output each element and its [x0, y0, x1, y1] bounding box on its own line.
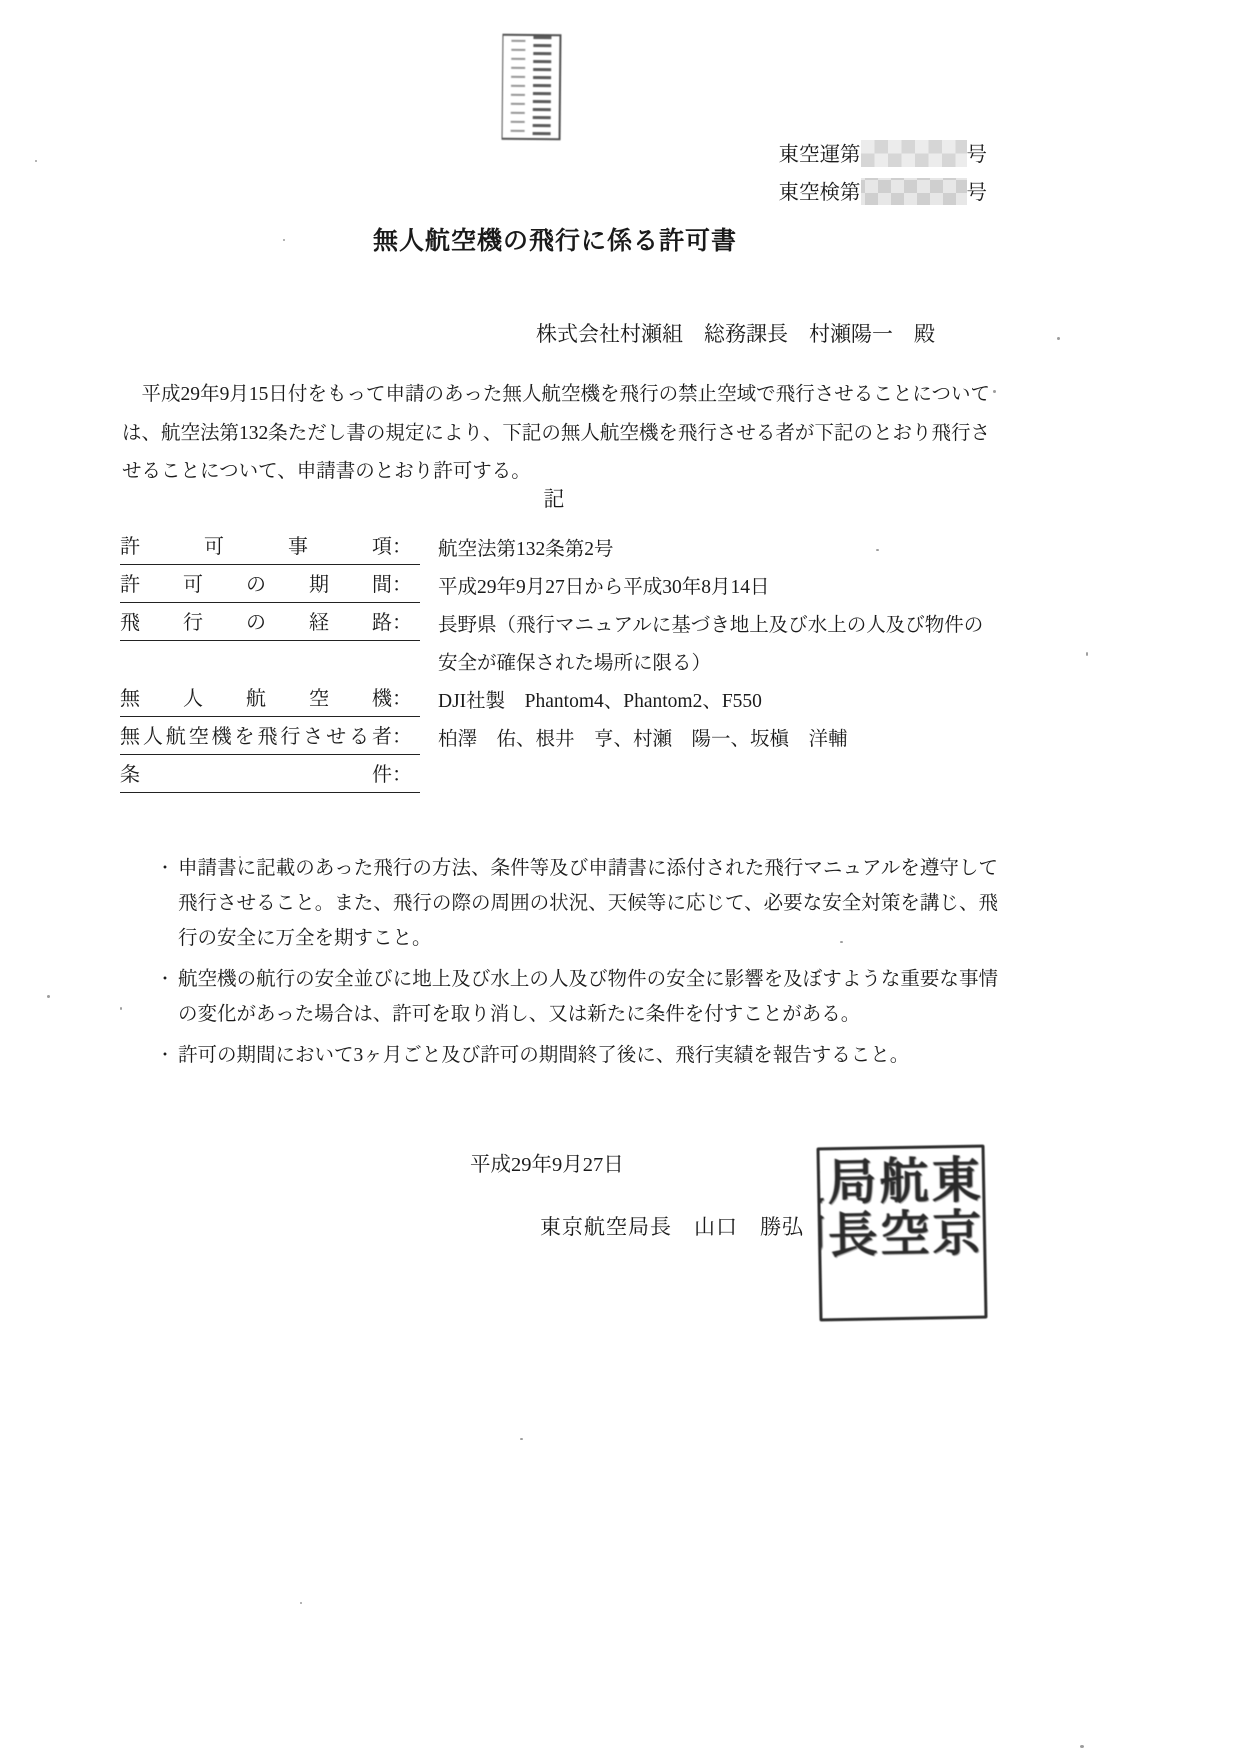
document-numbers: 東空運第号 東空検第号	[779, 136, 988, 212]
condition-item: ・申請書に記載のあった飛行の方法、条件等及び申請書に添付された飛行マニュアルを遵…	[155, 851, 998, 956]
redaction-mosaic-icon	[861, 178, 967, 205]
conditions-list: ・申請書に記載のあった飛行の方法、条件等及び申請書に添付された飛行マニュアルを遵…	[155, 851, 998, 1079]
doc-number-1-prefix: 東空運第	[779, 144, 861, 166]
detail-row-permitted-matter: 許可事項： 航空法第132条第2号	[120, 531, 990, 569]
detail-row-conditions: 条件：	[120, 759, 990, 797]
intro-paragraph: 平成29年9月15日付をもって申請のあった無人航空機を飛行の禁止空域で飛行させる…	[122, 376, 990, 492]
detail-label: 許可事項：	[120, 531, 420, 565]
detail-row-permit-period: 許可の期間： 平成29年9月27日から平成30年8月14日	[120, 569, 990, 607]
detail-label: 無人航空機：	[120, 683, 420, 717]
doc-number-2-prefix: 東空検第	[779, 182, 861, 204]
bullet-icon: ・	[157, 962, 173, 997]
detail-value: 柏澤 佑、根井 亨、村瀬 陽一、坂槇 洋輔	[438, 721, 986, 759]
condition-item: ・許可の期間において3ヶ月ごと及び許可の期間終了後に、飛行実績を報告すること。	[155, 1038, 998, 1073]
issuer-signature: 東京航空局長 山口 勝弘	[540, 1211, 804, 1241]
doc-number-line-1: 東空運第号	[779, 136, 988, 174]
detail-value: 平成29年9月27日から平成30年8月14日	[438, 569, 986, 607]
page-title: 無人航空機の飛行に係る許可書	[120, 221, 990, 257]
detail-label: 無人航空機を飛行させる者：	[120, 721, 420, 755]
detail-label: 許可の期間：	[120, 569, 420, 603]
official-seal-text: 東京航空局長之印	[824, 1154, 981, 1313]
issue-date: 平成29年9月27日	[470, 1147, 624, 1177]
detail-row-flight-route: 飛行の経路： 長野県（飛行マニュアルに基づき地上及び水上の人及び物件の安全が確保…	[120, 607, 990, 683]
detail-row-operators: 無人航空機を飛行させる者： 柏澤 佑、根井 亨、村瀬 陽一、坂槇 洋輔	[120, 721, 990, 759]
doc-number-2-suffix: 号	[967, 182, 988, 204]
official-seal-stamp-icon: 東京航空局長之印	[816, 1145, 987, 1322]
doc-number-line-2: 東空検第号	[779, 174, 988, 212]
bullet-icon: ・	[157, 851, 173, 886]
addressee: 株式会社村瀬組 総務課長 村瀬陽一 殿	[120, 318, 990, 348]
detail-label: 飛行の経路：	[120, 607, 420, 641]
detail-row-uav: 無人航空機： DJI社製 Phantom4、Phantom2、F550	[120, 683, 990, 721]
detail-label: 条件：	[120, 759, 420, 793]
condition-item: ・航空機の航行の安全並びに地上及び水上の人及び物件の安全に影響を及ぼすような重要…	[155, 962, 998, 1032]
detail-value: 長野県（飛行マニュアルに基づき地上及び水上の人及び物件の安全が確保された場所に限…	[438, 607, 986, 683]
detail-value: DJI社製 Phantom4、Phantom2、F550	[438, 683, 986, 721]
condition-text: 航空機の航行の安全並びに地上及び水上の人及び物件の安全に影響を及ぼすような重要な…	[178, 969, 998, 1025]
detail-value: 航空法第132条第2号	[438, 531, 986, 569]
condition-text: 許可の期間において3ヶ月ごと及び許可の期間終了後に、飛行実績を報告すること。	[178, 1045, 909, 1066]
registration-stamp-icon	[502, 34, 562, 141]
details-list: 許可事項： 航空法第132条第2号 許可の期間： 平成29年9月27日から平成3…	[120, 531, 990, 797]
doc-number-1-suffix: 号	[967, 144, 988, 166]
bullet-icon: ・	[157, 1038, 173, 1073]
section-marker: 記	[120, 483, 990, 513]
redaction-mosaic-icon	[861, 140, 967, 167]
condition-text: 申請書に記載のあった飛行の方法、条件等及び申請書に添付された飛行マニュアルを遵守…	[178, 858, 998, 949]
